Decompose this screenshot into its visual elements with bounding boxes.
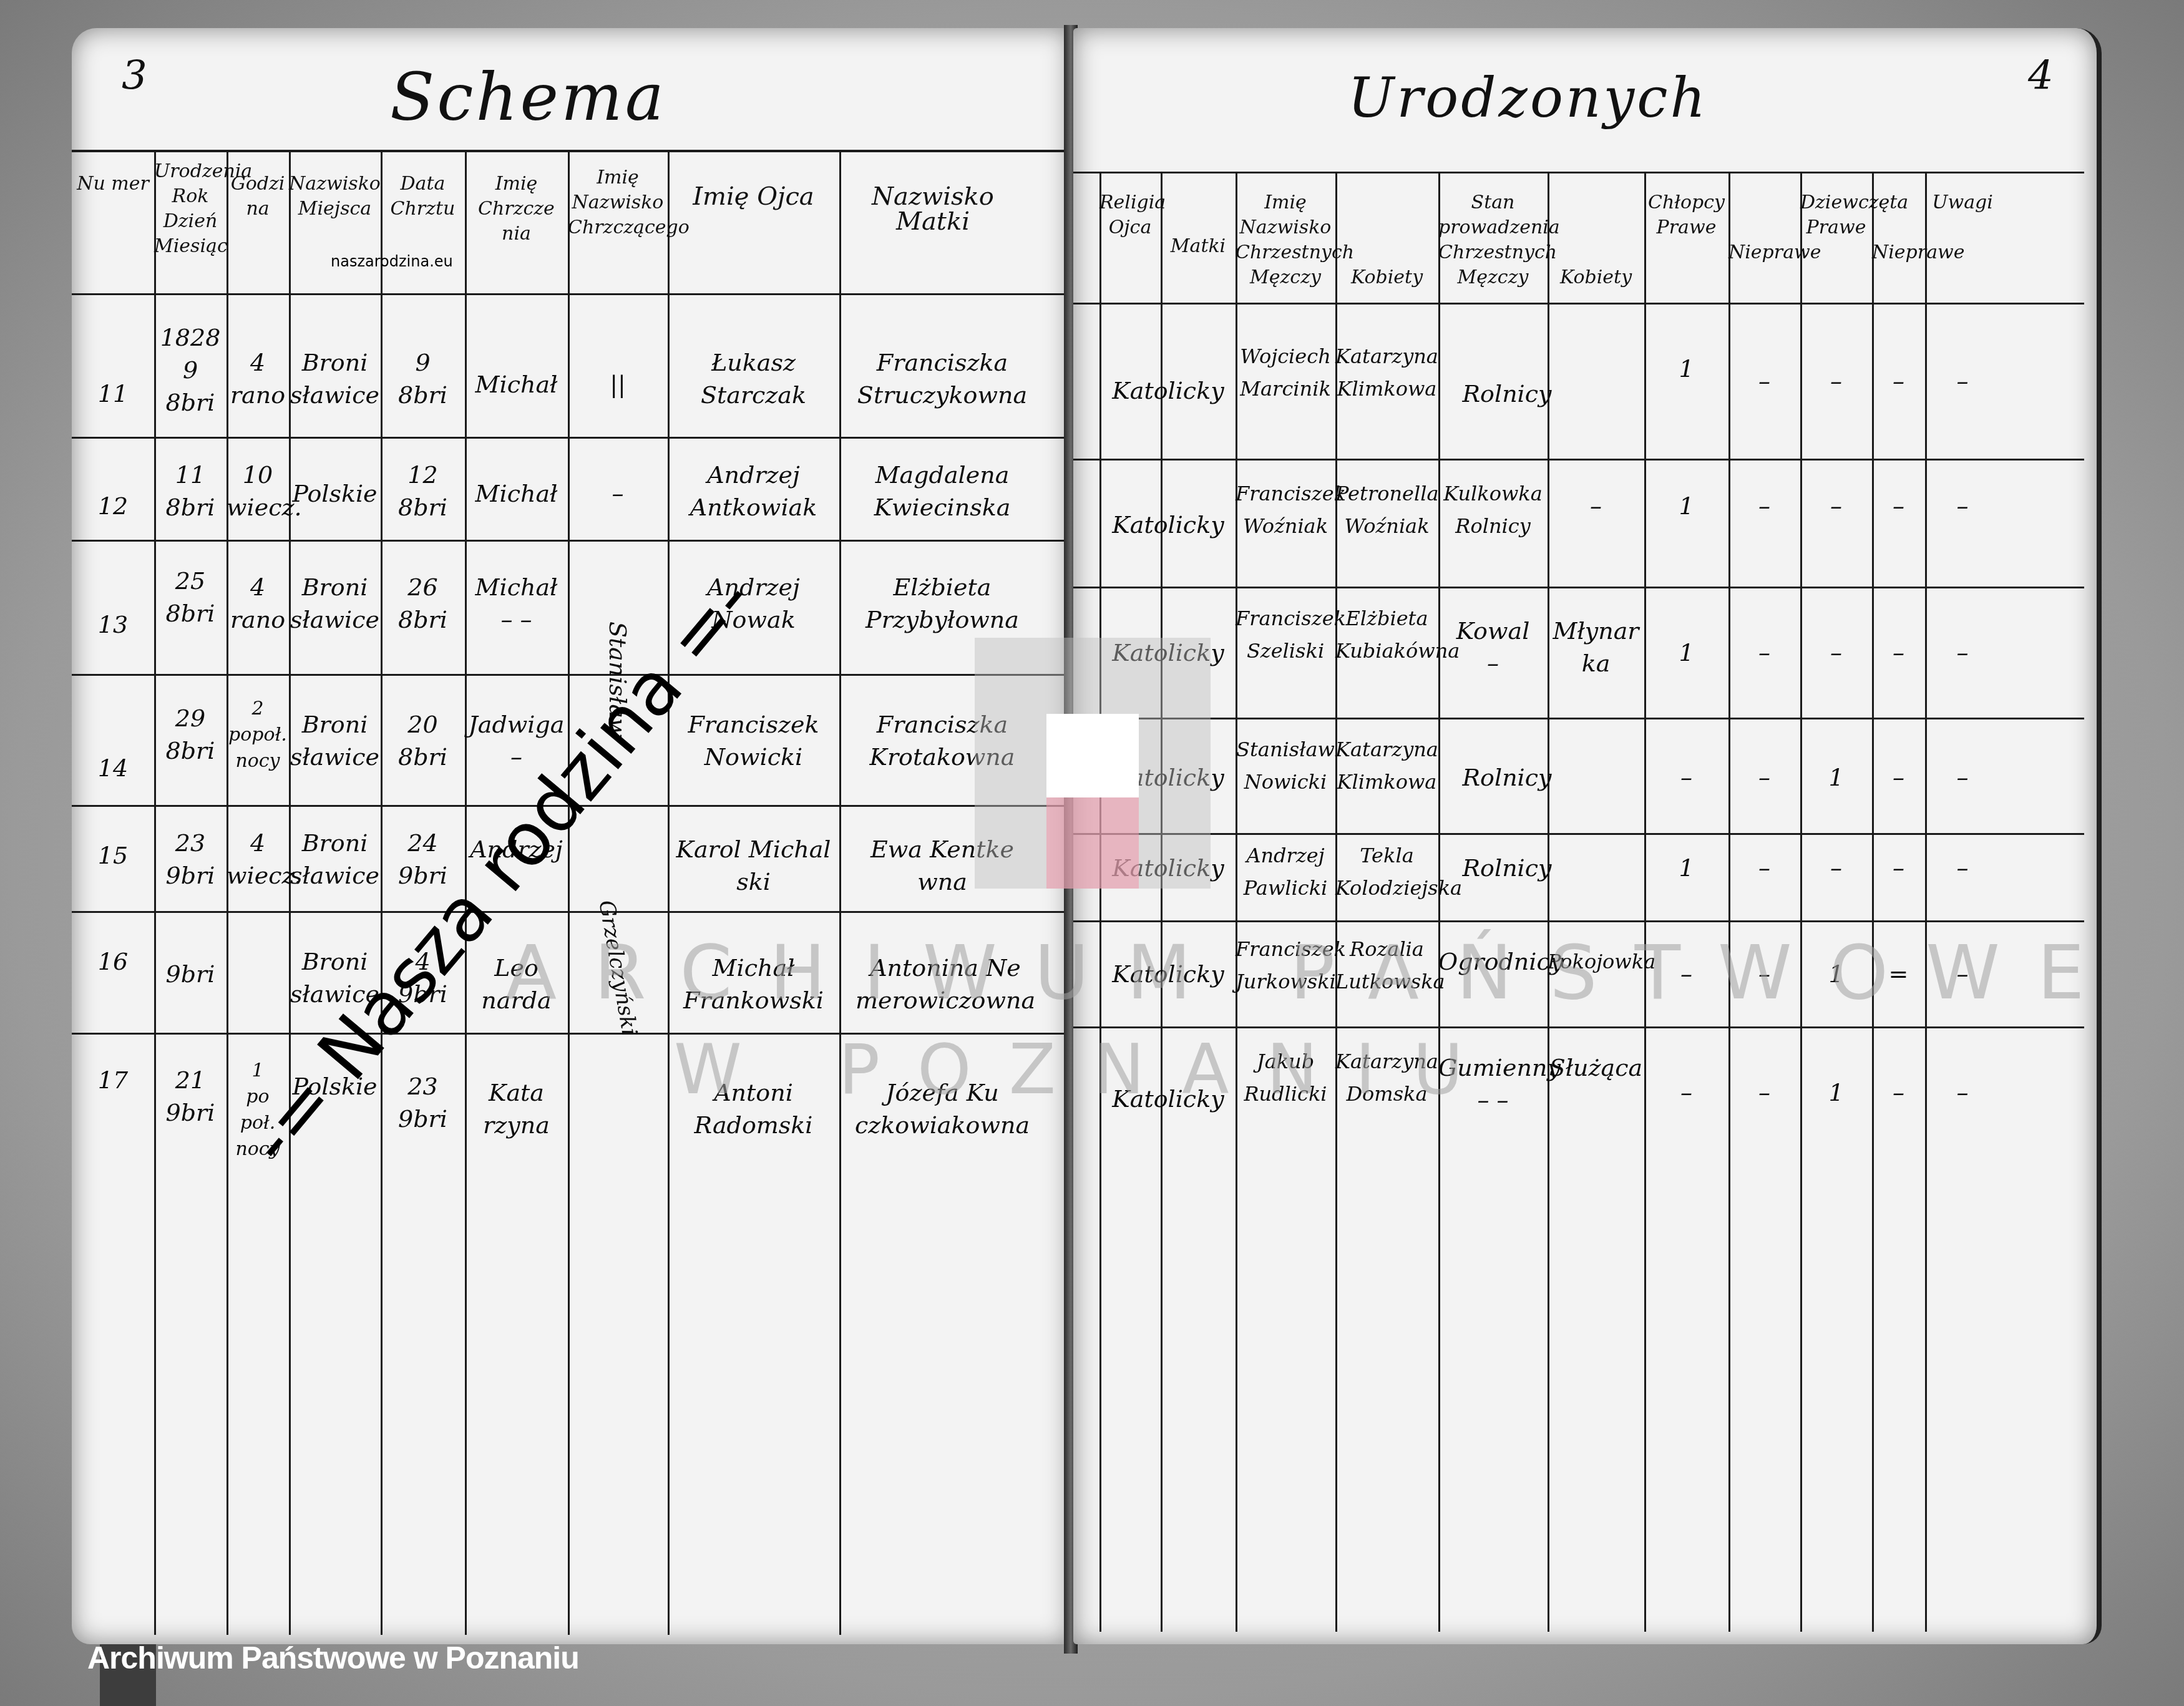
cell-chrzestna: Tekla Kolodziejska: [1335, 839, 1438, 904]
cell-matka: Franciszka Struczykowna: [839, 346, 1045, 411]
page-number-left: 3: [122, 53, 147, 99]
col-header-dziewczeta-nieprawe: Nieprawe: [1872, 240, 1925, 265]
cell-dziewczeta-prawe: –: [1800, 852, 1872, 884]
cell-chlopcy-prawe: 1: [1644, 353, 1728, 385]
cell-rok: 29 8bri: [154, 702, 227, 767]
col-header-chrzestni-k: Kobiety: [1335, 265, 1438, 290]
cell-dziewczeta-prawe: –: [1800, 365, 1872, 397]
cell-dziewczeta-nieprawe: –: [1872, 636, 1925, 669]
cell-stan-k: Służąca: [1548, 1051, 1644, 1084]
cell-numer: 11: [72, 378, 154, 410]
row-rule: [72, 911, 1070, 913]
cell-numer: 12: [72, 490, 154, 522]
cell-miejsce: Broni sławice: [289, 827, 381, 892]
column-rule: [1644, 172, 1646, 1632]
cell-chrzestna: Katarzyna Klimkowa: [1335, 733, 1438, 798]
cell-dziewczeta-prawe: –: [1800, 636, 1872, 669]
col-header-matka: Nazwisko Matki: [839, 184, 1026, 234]
page-title-right: Urodzonych: [1348, 66, 1708, 130]
cell-stan: Kowal –: [1438, 615, 1548, 680]
cell-data-chrztu: 20 8bri: [381, 708, 465, 773]
cell-miejsce: Broni sławice: [289, 708, 381, 773]
col-header-stan-m: Stan prowadzenia Chrzestnych Męzczy: [1438, 190, 1548, 290]
cell-chlopcy-prawe: –: [1644, 761, 1728, 794]
right-page: Urodzonych 4 Religia Ojca Matki Imię Naz…: [1073, 28, 2102, 1644]
cell-chrzestny: Andrzej Pawlicki: [1236, 839, 1335, 904]
cell-chrzczacy: ||: [568, 368, 668, 401]
cell-miejsce: Broni sławice: [289, 571, 381, 636]
cell-stan: Kulkowka Rolnicy: [1438, 477, 1548, 542]
cell-chrzestny: Franciszek Woźniak: [1236, 477, 1335, 542]
cell-numer: 15: [72, 839, 154, 872]
row-rule: [72, 674, 1070, 676]
cell-stan-k: –: [1548, 490, 1644, 522]
cell-rok: 21 9bri: [154, 1064, 227, 1129]
col-header-dziewczeta-prawe: Dziewczęta Prawe: [1800, 190, 1872, 240]
cell-matka: Magdalena Kwiecinska: [839, 459, 1045, 524]
cell-dziewczeta-prawe: 1: [1800, 1076, 1872, 1109]
cell-religia: Katolicky: [1099, 509, 1237, 541]
cell-rok: 23 9bri: [154, 827, 227, 892]
header-top-rule: [72, 150, 1070, 152]
cell-uwagi: –: [1925, 761, 2000, 794]
cell-dziewczeta-nieprawe: –: [1872, 852, 1925, 884]
row-rule: [1073, 1026, 2084, 1028]
archive-watermark-line2: W POZNANIU: [674, 1030, 1501, 1109]
cell-rok: 11 8bri: [154, 459, 227, 524]
header-bottom-rule: [1073, 303, 2084, 305]
logo-red-block: [1046, 797, 1139, 889]
cell-chrzestny: Franciszek Szeliski: [1236, 602, 1335, 667]
cell-chrzestny: Stanisław Nowicki: [1236, 733, 1335, 798]
page-number-right: 4: [2028, 53, 2054, 99]
col-header-ojciec: Imię Ojca: [668, 184, 839, 209]
cell-imie: Kata rzyna: [465, 1076, 568, 1141]
cell-imie: Michał: [465, 477, 568, 510]
cell-chrzestny: Wojciech Marcinik: [1236, 340, 1335, 405]
cell-imie: Michał: [465, 368, 568, 401]
col-header-chlopcy-prawe: Chłopcy Prawe: [1644, 190, 1728, 240]
cell-dziewczeta-prawe: –: [1800, 490, 1872, 522]
site-watermark-small: naszarodzina.eu: [331, 253, 453, 270]
cell-dziewczeta-nieprawe: –: [1872, 761, 1925, 794]
cell-data-chrztu: 23 9bri: [381, 1070, 465, 1135]
cell-numer: 14: [72, 752, 154, 784]
cell-numer: 16: [72, 945, 154, 978]
cell-numer: 17: [72, 1064, 154, 1096]
cell-stan: Rolnicy: [1438, 378, 1576, 410]
logo-white-block: [1046, 714, 1139, 797]
cell-uwagi: –: [1925, 636, 2000, 669]
row-rule: [1073, 718, 2084, 719]
cell-matka: Elżbieta Przybyłowna: [839, 571, 1045, 636]
col-header-miejsce: Nazwisko Miejsca: [289, 172, 381, 222]
cell-dziewczeta-prawe: 1: [1800, 761, 1872, 794]
archive-caption: Archiwum Państwowe w Poznaniu: [87, 1640, 579, 1676]
col-header-numer: Nu mer: [72, 172, 154, 197]
cell-chlopcy-prawe: 1: [1644, 490, 1728, 522]
archive-watermark-line1: ARCHIWUM PAŃSTWOWE: [505, 930, 2122, 1016]
col-header-chlopcy-nieprawe: Nieprawe: [1728, 240, 1800, 265]
cell-stan: Rolnicy: [1438, 761, 1576, 794]
row-rule: [1073, 587, 2084, 588]
cell-data-chrztu: 12 8bri: [381, 459, 465, 524]
cell-ojciec: Łukasz Starczak: [668, 346, 839, 411]
cell-dziewczeta-nieprawe: –: [1872, 1076, 1925, 1109]
col-header-stan-k: Kobiety: [1548, 265, 1644, 290]
cell-chlopcy-nieprawe: –: [1728, 852, 1800, 884]
row-rule: [72, 540, 1070, 542]
cell-rok: 9bri: [154, 958, 227, 990]
cell-ojciec: Karol Michal ski: [668, 833, 839, 898]
cell-imie: Michał – –: [465, 571, 568, 636]
header-bottom-rule: [72, 293, 1070, 295]
cell-godzina: 2 popoł. nocy: [227, 696, 289, 774]
archive-logo-watermark: [975, 638, 1211, 889]
cell-chlopcy-nieprawe: –: [1728, 761, 1800, 794]
cell-chlopcy-nieprawe: –: [1728, 490, 1800, 522]
cell-godzina: 10 wiecz.: [227, 459, 289, 524]
cell-dziewczeta-nieprawe: –: [1872, 365, 1925, 397]
cell-data-chrztu: 9 8bri: [381, 346, 465, 411]
cell-dziewczeta-nieprawe: –: [1872, 490, 1925, 522]
cell-uwagi: –: [1925, 1076, 2000, 1109]
cell-uwagi: –: [1925, 490, 2000, 522]
cell-chrzczacy: –: [568, 477, 668, 510]
row-rule: [1073, 459, 2084, 461]
cell-rok: 25 8bri: [154, 565, 227, 630]
cell-chlopcy-nieprawe: –: [1728, 636, 1800, 669]
cell-stan: Rolnicy: [1438, 852, 1576, 884]
col-header-religia-matki: Matki: [1161, 234, 1236, 259]
cell-godzina: 4 rano: [227, 346, 289, 411]
cell-chlopcy-prawe: 1: [1644, 636, 1728, 669]
col-header-imie: Imię Chrzcze nia: [465, 172, 568, 246]
cell-chlopcy-nieprawe: –: [1728, 365, 1800, 397]
cell-miejsce: Broni sławice: [289, 346, 381, 411]
cell-religia: Katolicky: [1099, 374, 1237, 407]
row-rule: [1073, 833, 2084, 835]
cell-stan-k: Młynar ka: [1548, 615, 1644, 680]
cell-chlopcy-nieprawe: –: [1728, 1076, 1800, 1109]
col-header-chrzestni-m: Imię Nazwisko Chrzestnych Męzczy: [1236, 190, 1335, 290]
cell-godzina: 4 wiecz.: [227, 827, 289, 892]
cell-numer: 13: [72, 608, 154, 641]
cell-uwagi: –: [1925, 365, 2000, 397]
cell-rok: 1828 9 8bri: [154, 321, 227, 419]
cell-chlopcy-prawe: 1: [1644, 852, 1728, 884]
col-header-chrzczacy: Imię Nazwisko Chrzczącego: [568, 165, 668, 240]
cell-data-chrztu: 26 8bri: [381, 571, 465, 636]
cell-uwagi: –: [1925, 852, 2000, 884]
cell-chrzestna: Elżbieta Kubiakówna: [1335, 602, 1438, 667]
row-rule: [1073, 920, 2084, 922]
col-header-rok: Urodzenia Rok Dzień Miesiąc: [154, 159, 227, 259]
header-top-rule: [1073, 172, 2084, 173]
col-header-uwagi: Uwagi: [1925, 190, 2000, 215]
cell-chrzestna: Katarzyna Klimkowa: [1335, 340, 1438, 405]
cell-chlopcy-prawe: –: [1644, 1076, 1728, 1109]
cell-ojciec: Franciszek Nowicki: [668, 708, 839, 773]
col-header-godzina: Godzi na: [227, 172, 289, 222]
row-rule: [72, 437, 1070, 439]
cell-chrzestna: Petronella Woźniak: [1335, 477, 1438, 542]
cell-miejsce: Polskie: [289, 477, 381, 510]
page-title-left: Schema: [390, 59, 666, 135]
col-header-data-chrztu: Data Chrztu: [381, 172, 465, 222]
cell-godzina: 4 rano: [227, 571, 289, 636]
col-header-religia-ojca: Religia Ojca: [1099, 190, 1161, 240]
cell-ojciec: Andrzej Antkowiak: [668, 459, 839, 524]
